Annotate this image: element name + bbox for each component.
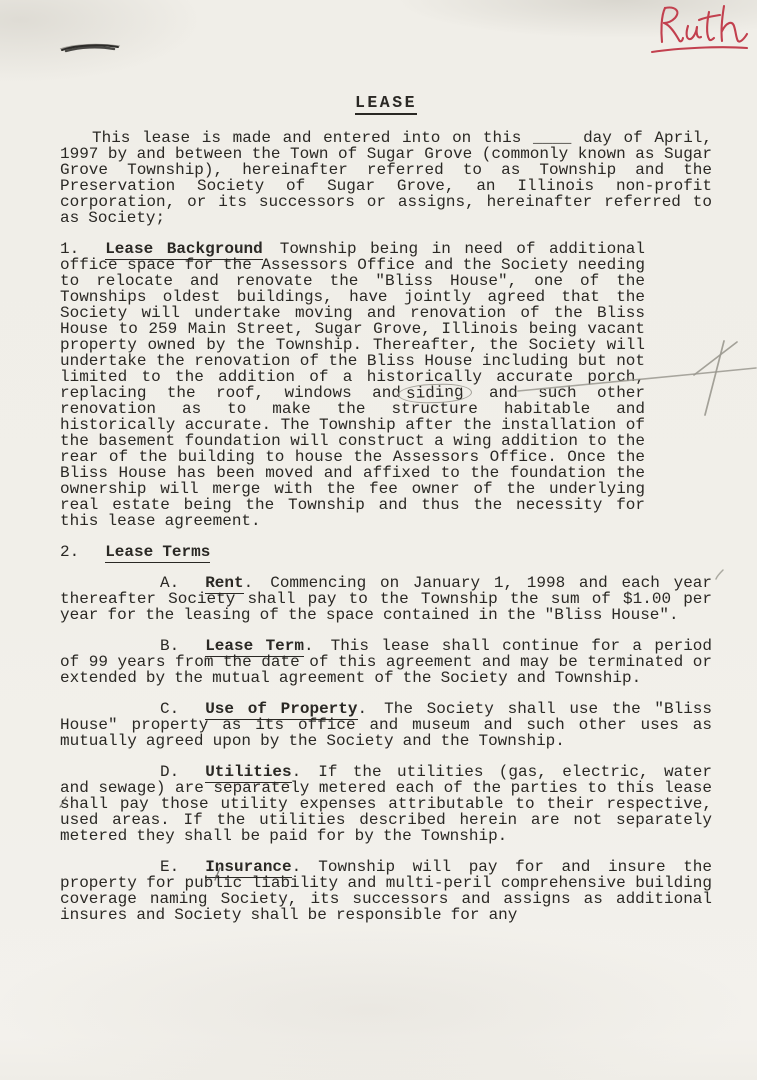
subsection-e-text: Township will pay for and insure the pro… — [60, 858, 712, 924]
subsection-a-rent: A.Rent.Commencing on January 1, 1998 and… — [60, 575, 712, 623]
pencil-circled-word: siding — [398, 383, 472, 405]
subsection-c-text: The Society shall use the "Bliss House" … — [60, 700, 712, 750]
small-pencil-tick — [716, 570, 723, 579]
section-1-lease-background: 1.Lease BackgroundTownship being in need… — [60, 241, 645, 529]
lease-document-body: LEASE This lease is made and entered int… — [60, 0, 712, 938]
opening-paragraph: This lease is made and entered into on t… — [60, 130, 712, 226]
subsection-b-text: This lease shall continue for a period o… — [60, 637, 712, 687]
section-2-number: 2. — [60, 543, 79, 561]
subsection-c-use-of-property: C.Use of Property.The Society shall use … — [60, 701, 712, 749]
document-title: LEASE — [60, 93, 712, 112]
scanned-lease-page: LEASE This lease is made and entered int… — [0, 0, 757, 1080]
subsection-b-lease-term: B.Lease Term.This lease shall continue f… — [60, 638, 712, 686]
subsection-e-insurance: E.Insurance.Township will pay for and in… — [60, 859, 712, 923]
section-2-heading-line: 2.Lease Terms — [60, 544, 712, 560]
section-1-text-after: and such other renovation as to make the… — [60, 384, 645, 530]
subsection-a-text: Commencing on January 1, 1998 and each y… — [60, 574, 712, 624]
section-1-text-before: Township being in need of additional off… — [60, 240, 645, 402]
subsection-d-text: If the utilities (gas, electric, water a… — [60, 763, 712, 845]
section-2-heading: Lease Terms — [105, 543, 210, 563]
document-title-text: LEASE — [355, 93, 417, 115]
subsection-d-utilities: D.Utilities.If the utilities (gas, elect… — [60, 764, 712, 844]
